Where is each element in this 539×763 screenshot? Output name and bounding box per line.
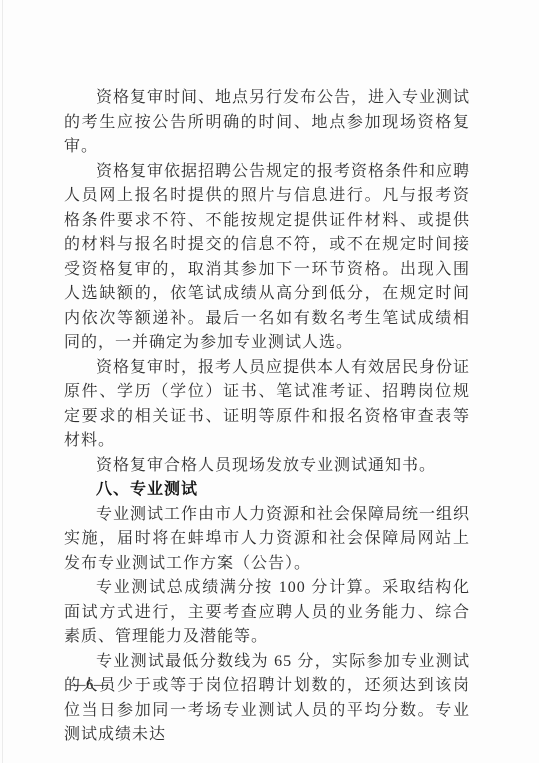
paragraph-test-organization: 专业测试工作由市人力资源和社会保障局统一组织实施，届时将在蚌埠市人力资源和社会保… [64,503,470,577]
paragraph-required-documents: 资格复审时，报考人员应提供本人有效居民身份证原件、学历（学位）证书、笔试准考证、… [64,356,470,454]
page-body: 资格复审时间、地点另行发布公告，进入专业测试的考生应按公告所明确的时间、地点参加… [64,86,470,748]
paragraph-qualification-review-basis: 资格复审依据招聘公告规定的报考资格条件和应聘人员网上报名时提供的照片与信息进行。… [64,160,470,356]
section-heading-professional-test: 八、专业测试 [64,478,470,503]
document-page: 资格复审时间、地点另行发布公告，进入专业测试的考生应按公告所明确的时间、地点参加… [0,0,539,763]
paragraph-test-notice-issuance: 资格复审合格人员现场发放专业测试通知书。 [64,454,470,479]
paragraph-test-scoring: 专业测试总成绩满分按 100 分计算。采取结构化面试方式进行，主要考查应聘人员的… [64,576,470,650]
scan-edge-line [2,0,3,763]
page-number: —6— [71,676,109,694]
paragraph-test-minimum-score: 专业测试最低分数线为 65 分，实际参加专业测试的人员少于或等于岗位招聘计划数的… [64,650,470,748]
paragraph-qualification-review-notice: 资格复审时间、地点另行发布公告，进入专业测试的考生应按公告所明确的时间、地点参加… [64,86,470,160]
